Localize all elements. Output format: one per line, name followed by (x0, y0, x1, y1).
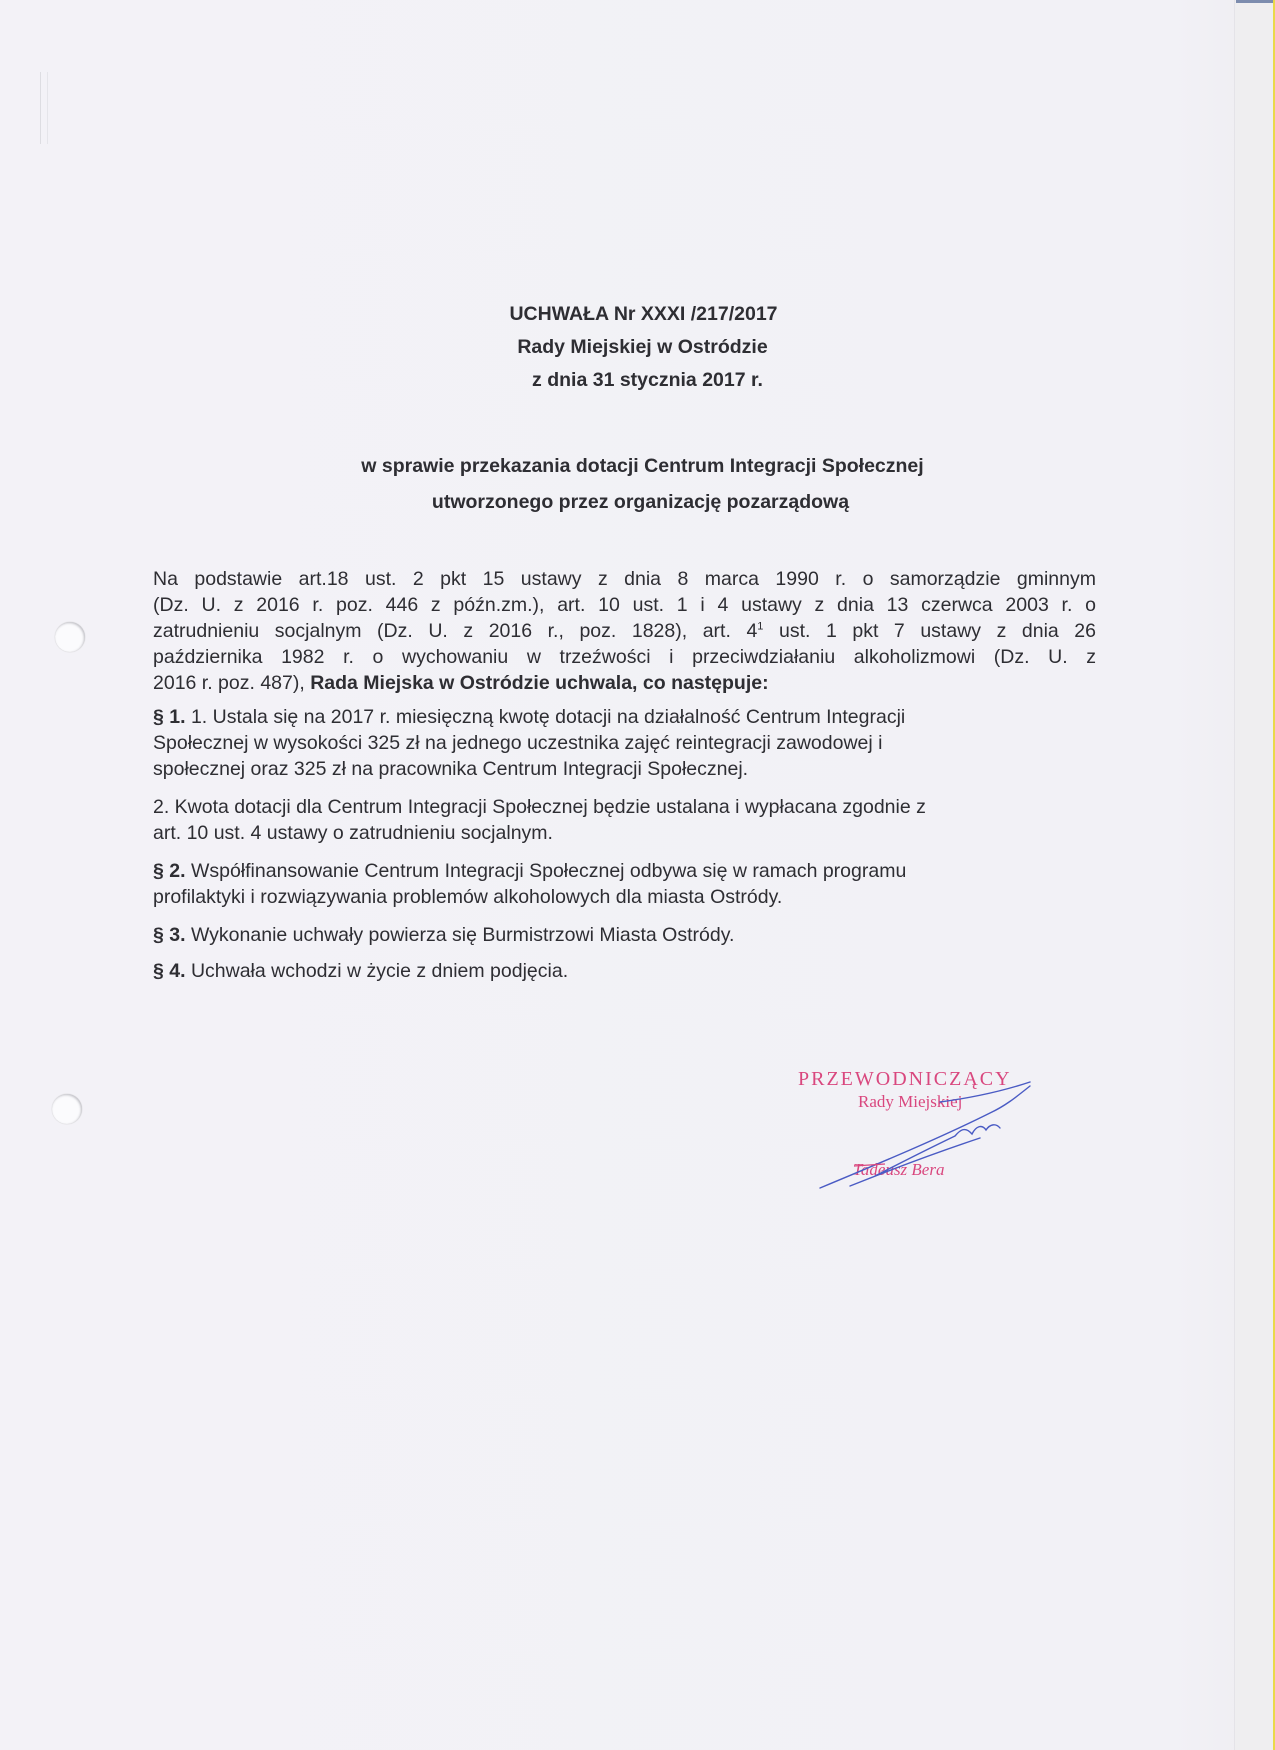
resolves-clause: Rada Miejska w Ostródzie uchwala, co nas… (310, 672, 768, 694)
section-4: § 4. Uchwała wchodzi w życie z dniem pod… (153, 958, 1133, 984)
section-3: § 3. Wykonanie uchwały powierza się Burm… (153, 922, 1133, 948)
legal-basis-line: października 1982 r. o wychowaniu w trze… (153, 644, 1096, 670)
issuing-body: Rady Miejskiej w Ostródzie (0, 331, 1275, 364)
section-label: § 4. (153, 960, 186, 982)
subject-line-1: w sprawie przekazania dotacji Centrum In… (0, 448, 1275, 484)
legal-basis-line: zatrudnieniu socjalnym (Dz. U. z 2016 r.… (153, 618, 1096, 644)
resolution-title: UCHWAŁA Nr XXXI /217/2017 Rady Miejskiej… (0, 298, 1275, 397)
section-1-point-2: 2. Kwota dotacji dla Centrum Integracji … (153, 794, 1133, 846)
legal-basis-paragraph: Na podstawie art.18 ust. 2 pkt 15 ustawy… (153, 566, 1096, 696)
page-edge (1234, 0, 1274, 1750)
subject-line-2: utworzonego przez organizację pozarządow… (0, 484, 1275, 520)
staple-mark (40, 72, 48, 144)
resolution-subject: w sprawie przekazania dotacji Centrum In… (0, 448, 1275, 520)
resolution-date: z dnia 31 stycznia 2017 r. (0, 364, 1275, 397)
punch-hole-top (55, 622, 85, 652)
resolution-number: UCHWAŁA Nr XXXI /217/2017 (0, 298, 1275, 331)
scan-edge-mark (1236, 0, 1275, 3)
legal-basis-line: 2016 r. poz. 487), Rada Miejska w Ostród… (153, 670, 1096, 696)
scanned-page: UCHWAŁA Nr XXXI /217/2017 Rady Miejskiej… (0, 0, 1275, 1750)
handwritten-signature-icon (790, 1068, 1070, 1198)
legal-basis-line: (Dz. U. z 2016 r. poz. 446 z późn.zm.), … (153, 592, 1096, 618)
legal-basis-line: Na podstawie art.18 ust. 2 pkt 15 ustawy… (153, 566, 1096, 592)
section-label: § 2. (153, 860, 186, 882)
punch-hole-bottom (52, 1094, 82, 1124)
section-2: § 2. Współfinansowanie Centrum Integracj… (153, 858, 1133, 910)
section-label: § 1. (153, 706, 186, 728)
section-label: § 3. (153, 924, 186, 946)
signature-stamp: PRZEWODNICZĄCY Rady Miejskiej Tadeusz Be… (790, 1068, 1070, 1198)
section-1: § 1. 1. Ustala się na 2017 r. miesięczną… (153, 704, 1133, 782)
